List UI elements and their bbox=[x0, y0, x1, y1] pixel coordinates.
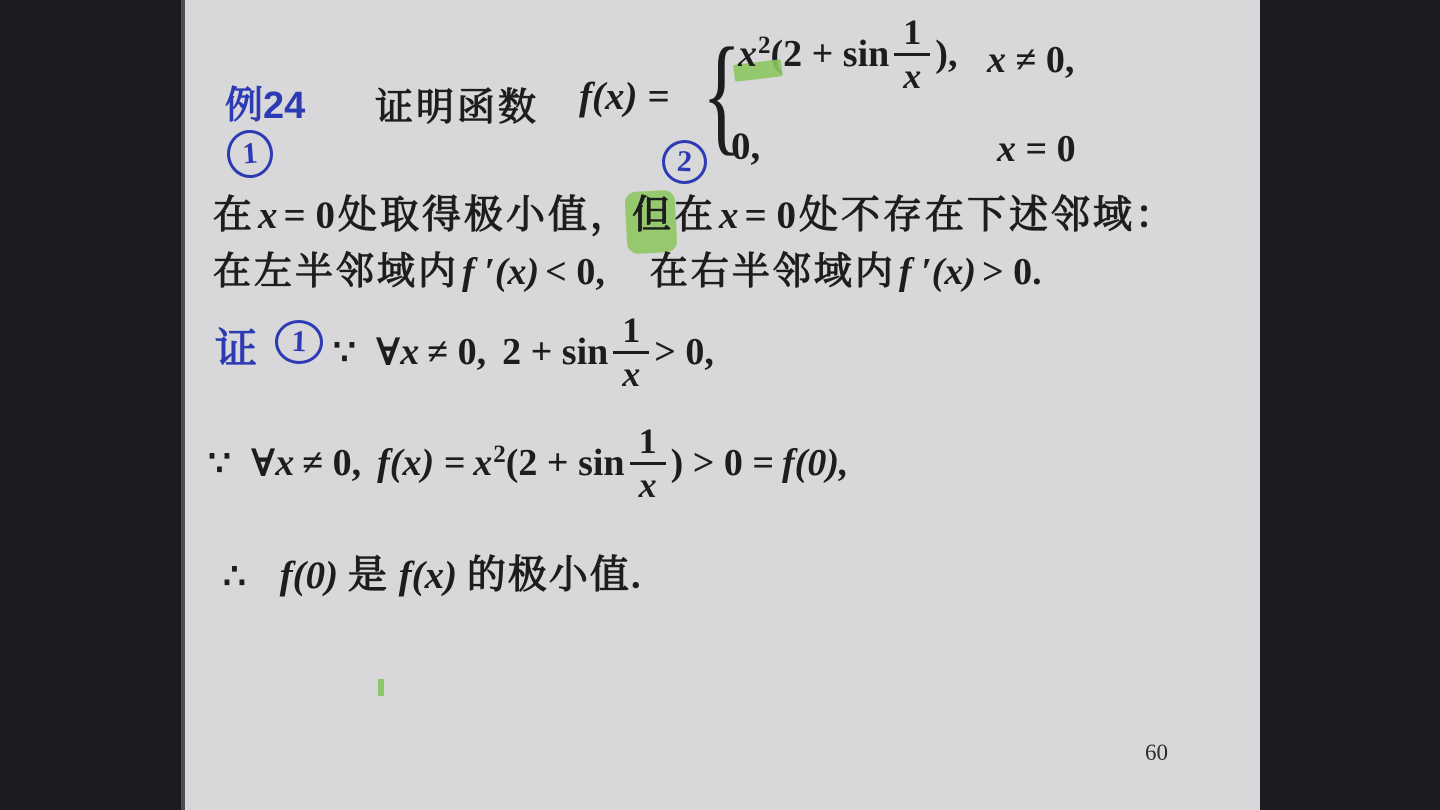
greater-zero-equals: ) > 0 = bbox=[671, 441, 774, 485]
case1-close: ), bbox=[935, 32, 957, 76]
example-label: 例24 bbox=[225, 74, 305, 129]
because-symbol: ∵ bbox=[208, 442, 231, 484]
fraction-1-over-x: 1 x bbox=[894, 12, 930, 97]
fraction-denominator: x bbox=[630, 465, 666, 505]
circle-digit: 2 bbox=[676, 145, 693, 180]
proof-step-1: ∵ ∀ x ≠ 0, 2 + sin 1 x > 0, bbox=[333, 304, 714, 400]
function-lhs: f(x) = bbox=[579, 74, 669, 119]
fraction-1-over-x: 1 x bbox=[630, 421, 666, 506]
f-of-zero: f(0) bbox=[280, 554, 338, 597]
x-squared-term: x2 bbox=[473, 441, 506, 485]
variable-x: x bbox=[473, 442, 492, 484]
fraction-denominator: x bbox=[894, 56, 930, 96]
f-prime-x: f ′(x) bbox=[462, 251, 539, 293]
text-segment: 在 bbox=[213, 194, 255, 237]
therefore-symbol: ∴ bbox=[223, 556, 246, 596]
x-squared-term: x2 bbox=[738, 32, 771, 76]
fraction-1-over-x: 1 x bbox=[613, 310, 649, 395]
because-symbol: ∵ bbox=[333, 331, 356, 373]
statement-line: 在x= 0处取得极小值，但在x= 0处不存在下述邻域： bbox=[213, 184, 1177, 240]
text-segment: 在左半邻域内 bbox=[213, 251, 459, 293]
text-segment: 的极小值. bbox=[467, 554, 643, 597]
text-segment: 是 bbox=[348, 554, 389, 597]
comparison: < 0, bbox=[545, 251, 605, 293]
fraction-numerator: 1 bbox=[894, 12, 930, 56]
variable-x: x bbox=[997, 128, 1016, 170]
variable-x: x bbox=[987, 39, 1006, 81]
variable-x: x bbox=[275, 441, 294, 485]
forall-symbol: ∀ bbox=[376, 329, 400, 375]
text-segment: 处取得极小值， bbox=[338, 194, 632, 237]
text-segment: 处不存在下述邻域： bbox=[799, 194, 1177, 237]
exponent-2: 2 bbox=[493, 441, 506, 468]
fraction-numerator: 1 bbox=[630, 421, 666, 465]
green-pen-mark bbox=[378, 679, 384, 696]
not-equal-zero: ≠ 0, bbox=[427, 330, 486, 374]
circled-number-1-proof: 1 bbox=[274, 319, 324, 365]
variable-x: x bbox=[258, 194, 278, 237]
fraction-numerator: 1 bbox=[613, 310, 649, 354]
lecture-slide: 例24 证明函数 f(x) = { x2 (2 + sin 1 x ), x ≠… bbox=[181, 0, 1260, 810]
two-plus-sin: 2 + sin bbox=[502, 330, 608, 374]
variable-x: x bbox=[738, 33, 757, 75]
exponent-2: 2 bbox=[758, 32, 771, 59]
piecewise-condition-1: x ≠ 0, bbox=[987, 38, 1074, 82]
variable-x: x bbox=[719, 194, 739, 237]
highlighted-dan: 但 bbox=[632, 194, 674, 237]
f-prime-x: f ′(x) bbox=[899, 251, 976, 293]
circle-digit: 1 bbox=[291, 325, 307, 360]
circled-number-1: 1 bbox=[225, 128, 274, 179]
page-number: 60 bbox=[1145, 740, 1168, 766]
comparison: > 0. bbox=[982, 251, 1042, 293]
circle-digit: 1 bbox=[241, 137, 258, 172]
condition-rest: ≠ 0, bbox=[1016, 39, 1075, 81]
neighborhood-line: 在左半邻域内f ′(x)< 0,在右半邻域内f ′(x)> 0. bbox=[213, 240, 1045, 295]
condition-rest: = 0 bbox=[1026, 128, 1076, 170]
variable-x: x bbox=[400, 330, 419, 374]
case1-open: (2 + sin bbox=[771, 32, 890, 76]
piecewise-case-1: x2 (2 + sin 1 x ), bbox=[738, 4, 957, 104]
f-of-x: f(x) bbox=[399, 554, 457, 597]
proof-step-2: ∵ ∀ x ≠ 0, f(x) = x2 (2 + sin 1 x ) > 0 … bbox=[208, 414, 849, 512]
f-of-zero: f(0), bbox=[782, 441, 848, 485]
equals-zero: = 0 bbox=[745, 194, 796, 237]
greater-than-zero: > 0, bbox=[654, 330, 714, 374]
case1-open: (2 + sin bbox=[506, 441, 625, 485]
prove-function-text: 证明函数 bbox=[375, 76, 539, 131]
forall-symbol: ∀ bbox=[251, 440, 275, 486]
text-segment: 在右半邻域内 bbox=[650, 251, 896, 293]
fraction-denominator: x bbox=[613, 354, 649, 394]
not-equal-zero: ≠ 0, bbox=[302, 441, 361, 485]
text-segment: 在 bbox=[674, 194, 716, 237]
piecewise-case-2: 0, bbox=[731, 124, 760, 169]
proof-label: 证 bbox=[215, 316, 257, 376]
piecewise-condition-2: x = 0 bbox=[997, 127, 1076, 171]
equals-zero: = 0 bbox=[284, 194, 335, 237]
f-of-x-equals: f(x) = bbox=[377, 441, 465, 485]
proof-conclusion: ∴ f(0) 是 f(x) 的极小值. bbox=[223, 544, 643, 600]
